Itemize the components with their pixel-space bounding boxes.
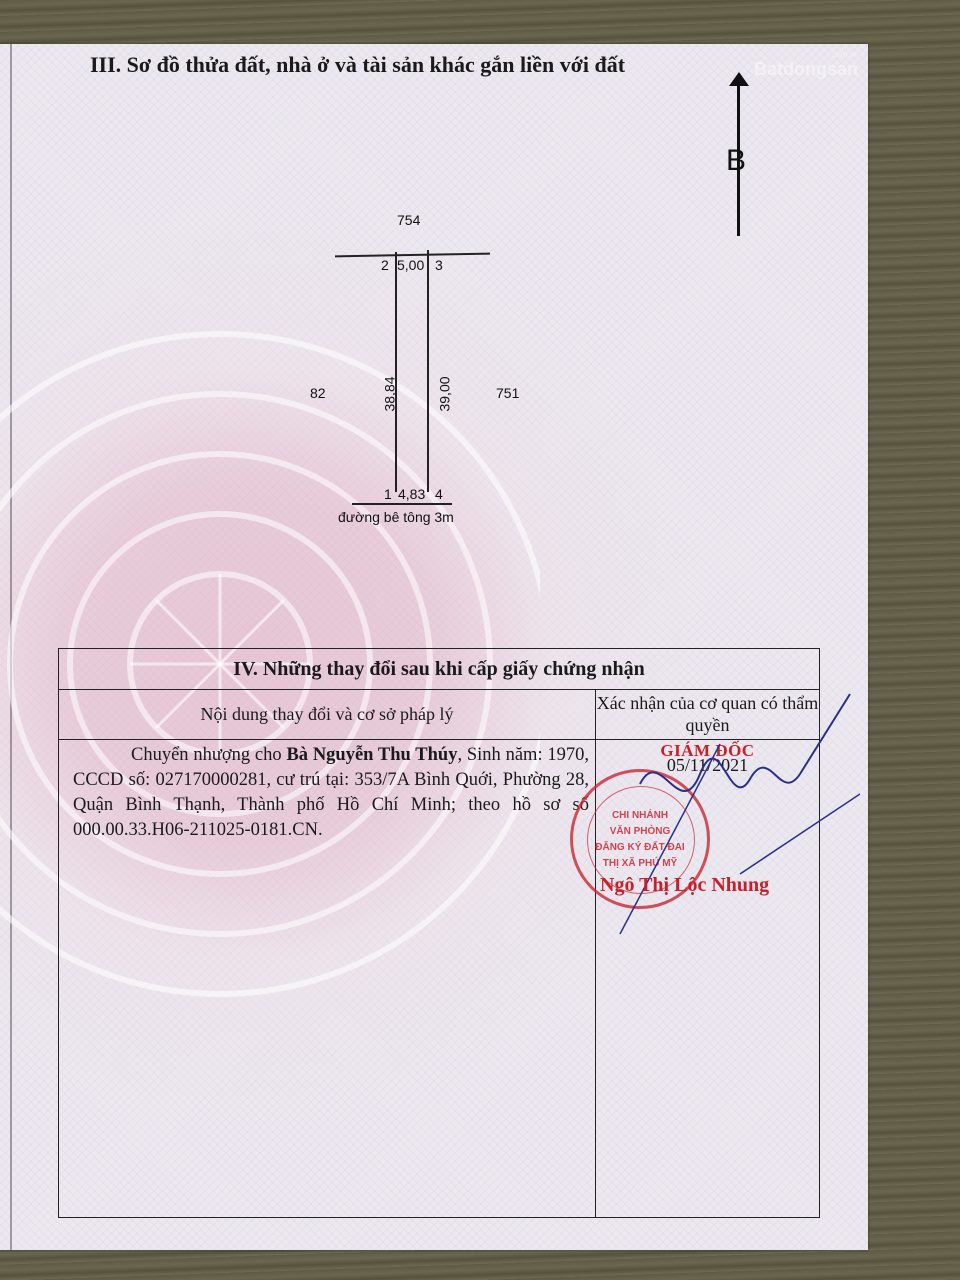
certificate-page: .com.vn Batdongsan III. Sơ đồ thửa đất, … bbox=[0, 44, 868, 1250]
page-fold-line bbox=[10, 44, 12, 1250]
vertex-2-label: 2 bbox=[381, 257, 389, 273]
signer-name: Ngô Thị Lộc Nhung bbox=[600, 874, 769, 897]
edge-top-label: 5,00 bbox=[397, 257, 424, 273]
header-divider bbox=[59, 739, 819, 740]
vertex-3-label: 3 bbox=[435, 257, 443, 273]
section-3-title: III. Sơ đồ thửa đất, nhà ở và tài sản kh… bbox=[90, 52, 625, 78]
transferee-name: Bà Nguyễn Thu Thúy bbox=[286, 745, 457, 765]
section-4-title: IV. Những thay đổi sau khi cấp giấy chứn… bbox=[59, 649, 819, 690]
plot-bottom-line bbox=[352, 503, 452, 505]
changes-table: IV. Những thay đổi sau khi cấp giấy chứn… bbox=[58, 648, 820, 1218]
edge-left-label: 38,84 bbox=[382, 376, 398, 411]
edge-bottom-label: 4,83 bbox=[398, 486, 425, 502]
vertex-4-label: 4 bbox=[435, 486, 443, 502]
watermark: .com.vn Batdongsan bbox=[754, 50, 858, 80]
col-confirmation-header: Xác nhận của cơ quan có thẩm quyền bbox=[596, 689, 819, 739]
plot-right-line bbox=[427, 250, 429, 492]
change-entry: Chuyển nhượng cho Bà Nguyễn Thu Thúy, Si… bbox=[73, 743, 589, 843]
road-label: đường bê tông 3m bbox=[338, 509, 454, 525]
vertex-1-label: 1 bbox=[384, 486, 392, 502]
plot-left-line bbox=[395, 252, 397, 492]
north-arrow-icon: B bbox=[728, 72, 748, 242]
neighbor-right-label: 751 bbox=[496, 385, 519, 401]
edge-right-label: 39,00 bbox=[437, 376, 453, 411]
neighbor-left-label: 82 bbox=[310, 385, 326, 401]
neighbor-top-label: 754 bbox=[397, 212, 420, 228]
col-content-header: Nội dung thay đổi và cơ sở pháp lý bbox=[59, 689, 595, 739]
